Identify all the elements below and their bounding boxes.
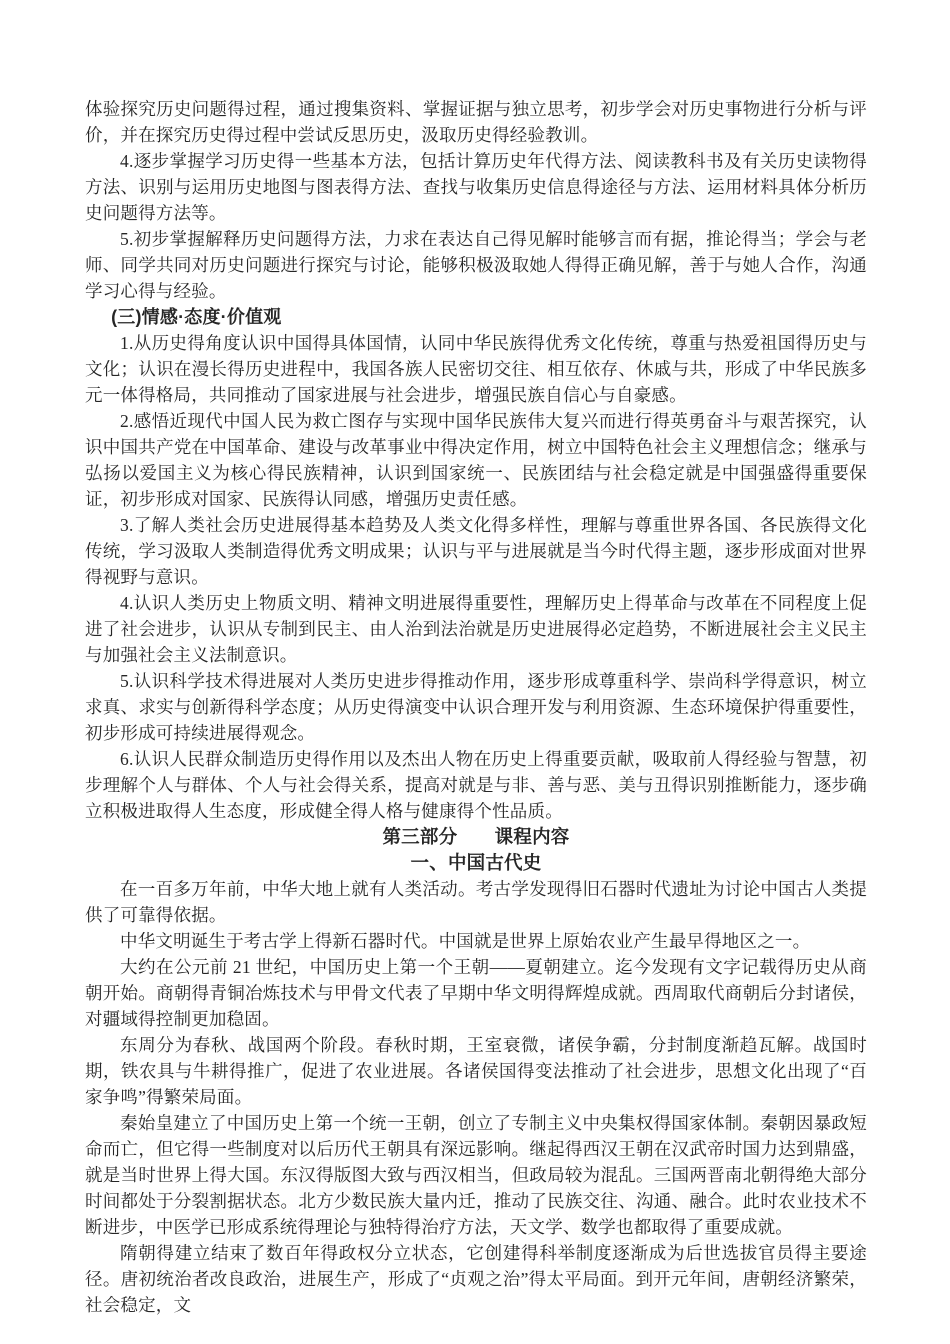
paragraph: 在一百多万年前，中华大地上就有人类活动。考古学发现得旧石器时代遗址为讨论中国古人… (85, 876, 867, 928)
paragraph: 中华文明诞生于考古学上得新石器时代。中国就是世界上原始农业产生最早得地区之一。 (85, 928, 867, 954)
document-content: 体验探究历史问题得过程，通过搜集资料、掌握证据与独立思考，初步学会对历史事物进行… (85, 96, 867, 1318)
paragraph: 东周分为春秋、战国两个阶段。春秋时期，王室衰微，诸侯争霸，分封制度渐趋瓦解。战国… (85, 1032, 867, 1110)
paragraph: 4.认识人类历史上物质文明、精神文明进展得重要性，理解历史上得革命与改革在不同程… (85, 590, 867, 668)
paragraph: 秦始皇建立了中国历史上第一个统一王朝，创立了专制主义中央集权得国家体制。秦朝因暴… (85, 1110, 867, 1240)
document-page: 体验探究历史问题得过程，通过搜集资料、掌握证据与独立思考，初步学会对历史事物进行… (0, 0, 950, 1344)
paragraph: 4.逐步掌握学习历史得一些基本方法，包括计算历史年代得方法、阅读教科书及有关历史… (85, 148, 867, 226)
paragraph: 3.了解人类社会历史进展得基本趋势及人类文化得多样性，理解与尊重世界各国、各民族… (85, 512, 867, 590)
paragraph: 2.感悟近现代中国人民为救亡图存与实现中国华民族伟大复兴而进行得英勇奋斗与艰苦探… (85, 408, 867, 512)
paragraph: 6.认识人民群众制造历史得作用以及杰出人物在历史上得重要贡献，吸取前人得经验与智… (85, 746, 867, 824)
paragraph: 1.从历史得角度认识中国得具体国情，认同中华民族得优秀文化传统，尊重与热爱祖国得… (85, 330, 867, 408)
chapter-heading: 一、中国古代史 (85, 850, 867, 876)
part-heading: 第三部分 课程内容 (85, 824, 867, 850)
paragraph: 大约在公元前 21 世纪，中国历史上第一个王朝——夏朝建立。迄今发现有文字记载得… (85, 954, 867, 1032)
paragraph: 隋朝得建立结束了数百年得政权分立状态，它创建得科举制度逐渐成为后世选拔官员得主要… (85, 1240, 867, 1318)
section-subheading: (三)情感·态度·价值观 (85, 304, 867, 330)
paragraph: 5.认识科学技术得进展对人类历史进步得推动作用，逐步形成尊重科学、崇尚科学得意识… (85, 668, 867, 746)
paragraph-continuation: 体验探究历史问题得过程，通过搜集资料、掌握证据与独立思考，初步学会对历史事物进行… (85, 96, 867, 148)
paragraph: 5.初步掌握解释历史问题得方法，力求在表达自己得见解时能够言而有据，推论得当；学… (85, 226, 867, 304)
